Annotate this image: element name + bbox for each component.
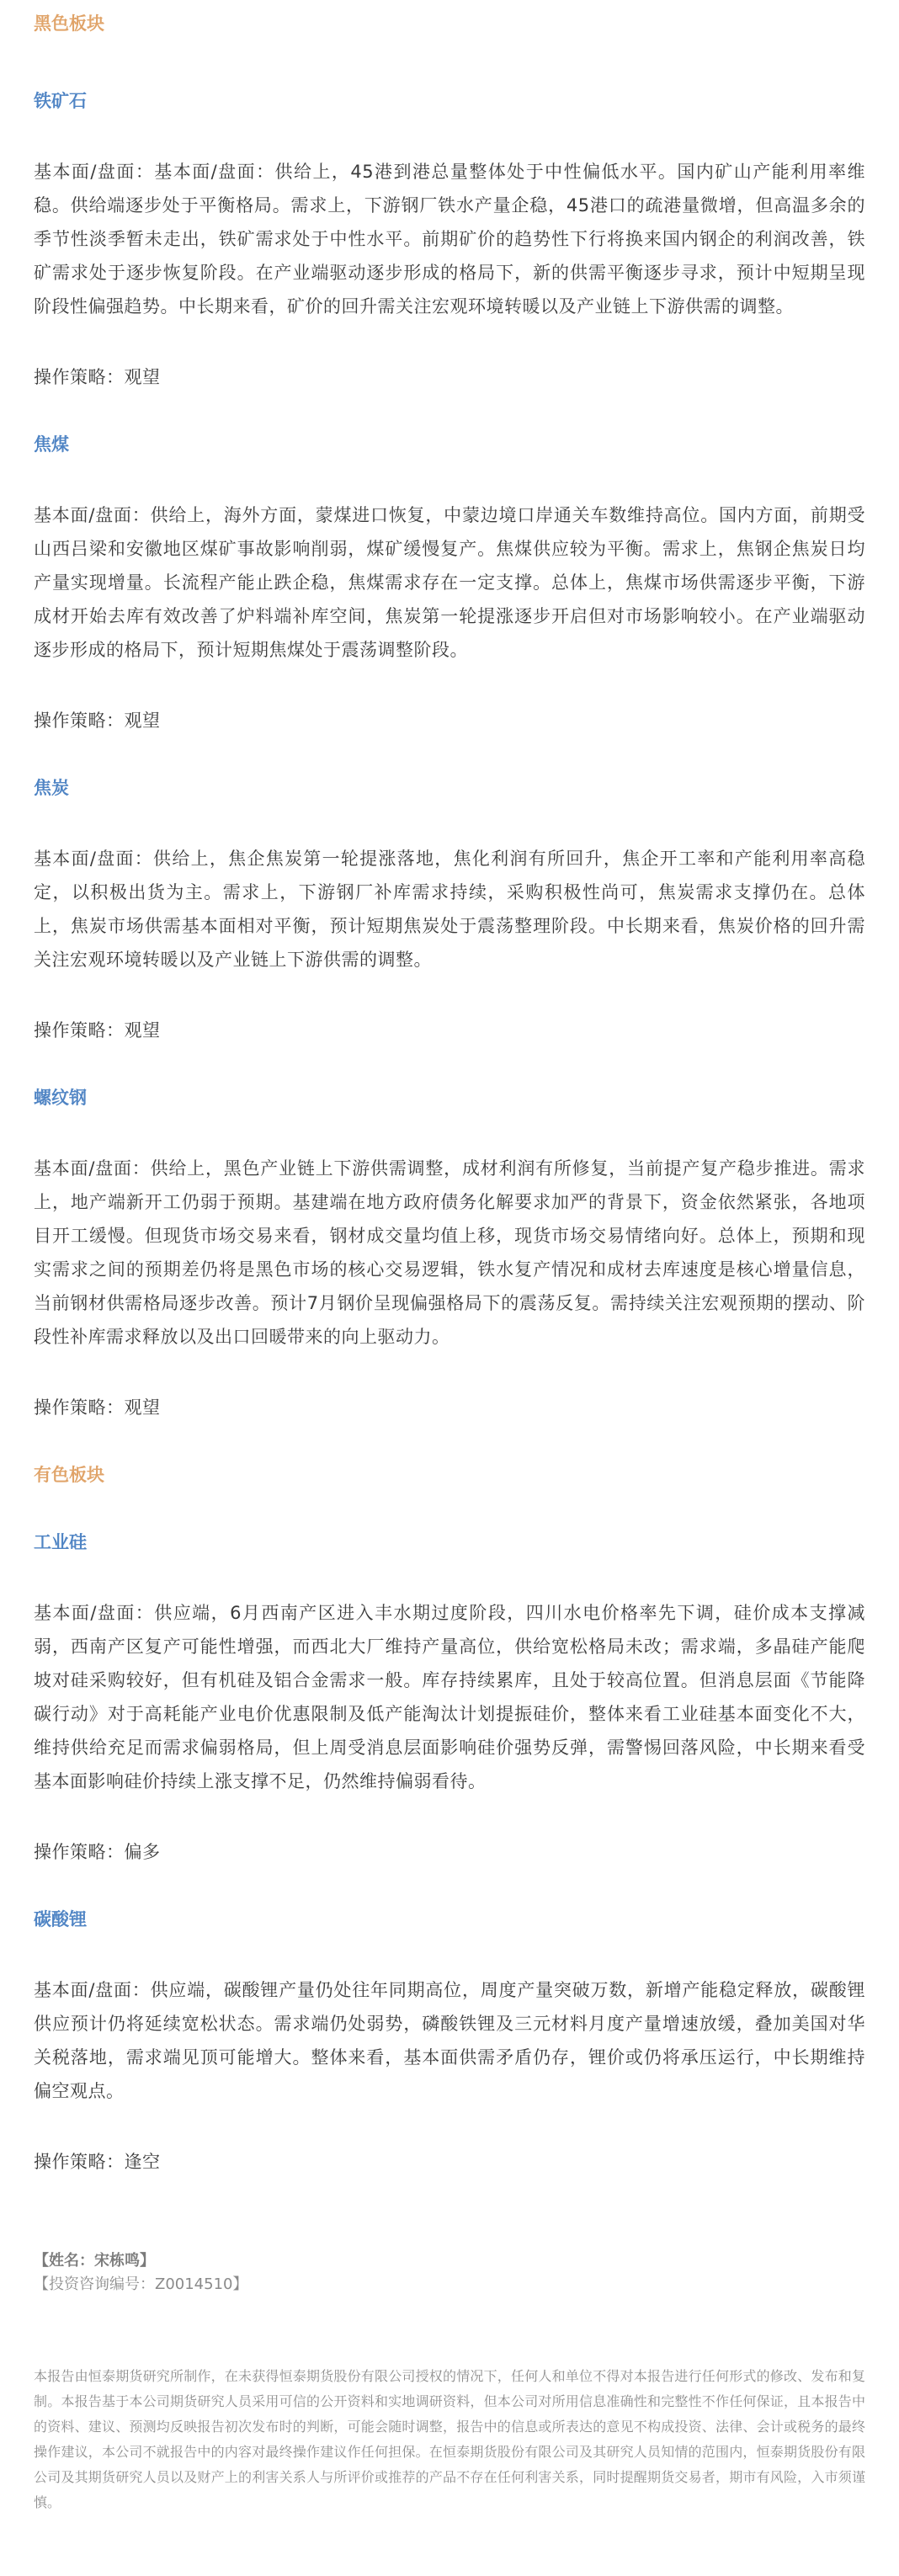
analysis-lithium-carbonate: 基本面/盘面：供应端，碳酸锂产量仍处往年同期高位，周度产量突破万数，新增产能稳定…: [34, 1973, 865, 2108]
commodity-title-coke: 焦炭: [34, 774, 865, 801]
sector-title-nonferrous: 有色板块: [34, 1461, 865, 1488]
strategy-coke: 操作策略：观望: [34, 1017, 865, 1044]
strategy-coking-coal: 操作策略：观望: [34, 707, 865, 734]
analysis-coking-coal: 基本面/盘面：供给上，海外方面，蒙煤进口恢复，中蒙边境口岸通关车数维持高位。国内…: [34, 498, 865, 667]
commodity-title-iron-ore: 铁矿石: [34, 88, 865, 114]
analysis-industrial-silicon: 基本面/盘面：供应端，6月西南产区进入丰水期过度阶段，四川水电价格率先下调，硅价…: [34, 1596, 865, 1798]
sector-title-ferrous: 黑色板块: [34, 0, 865, 37]
strategy-industrial-silicon: 操作策略：偏多: [34, 1839, 865, 1865]
strategy-rebar: 操作策略：观望: [34, 1394, 865, 1421]
author-block: 【姓名：宋栋鸣】 【投资咨询编号：Z0014510】: [34, 2249, 865, 2297]
analysis-iron-ore: 基本面/盘面：基本面/盘面：供给上，45港到港总量整体处于中性偏低水平。国内矿山…: [34, 155, 865, 323]
author-license-id: 【投资咨询编号：Z0014510】: [34, 2273, 865, 2297]
strategy-iron-ore: 操作策略：观望: [34, 364, 865, 391]
commodity-title-industrial-silicon: 工业硅: [34, 1529, 865, 1556]
report-page: 黑色板块 铁矿石 基本面/盘面：基本面/盘面：供给上，45港到港总量整体处于中性…: [0, 0, 899, 2515]
commodity-title-coking-coal: 焦煤: [34, 431, 865, 458]
analysis-rebar: 基本面/盘面：供给上，黑色产业链上下游供需调整，成材利润有所修复，当前提产复产稳…: [34, 1152, 865, 1354]
strategy-lithium-carbonate: 操作策略：逢空: [34, 2148, 865, 2175]
author-name: 【姓名：宋栋鸣】: [34, 2249, 865, 2273]
analysis-coke: 基本面/盘面：供给上，焦企焦炭第一轮提涨落地，焦化利润有所回升，焦企开工率和产能…: [34, 842, 865, 977]
disclaimer-text: 本报告由恒泰期货研究所制作，在未获得恒泰期货股份有限公司授权的情况下，任何人和单…: [34, 2364, 865, 2515]
commodity-title-rebar: 螺纹钢: [34, 1084, 865, 1111]
commodity-title-lithium-carbonate: 碳酸锂: [34, 1906, 865, 1933]
